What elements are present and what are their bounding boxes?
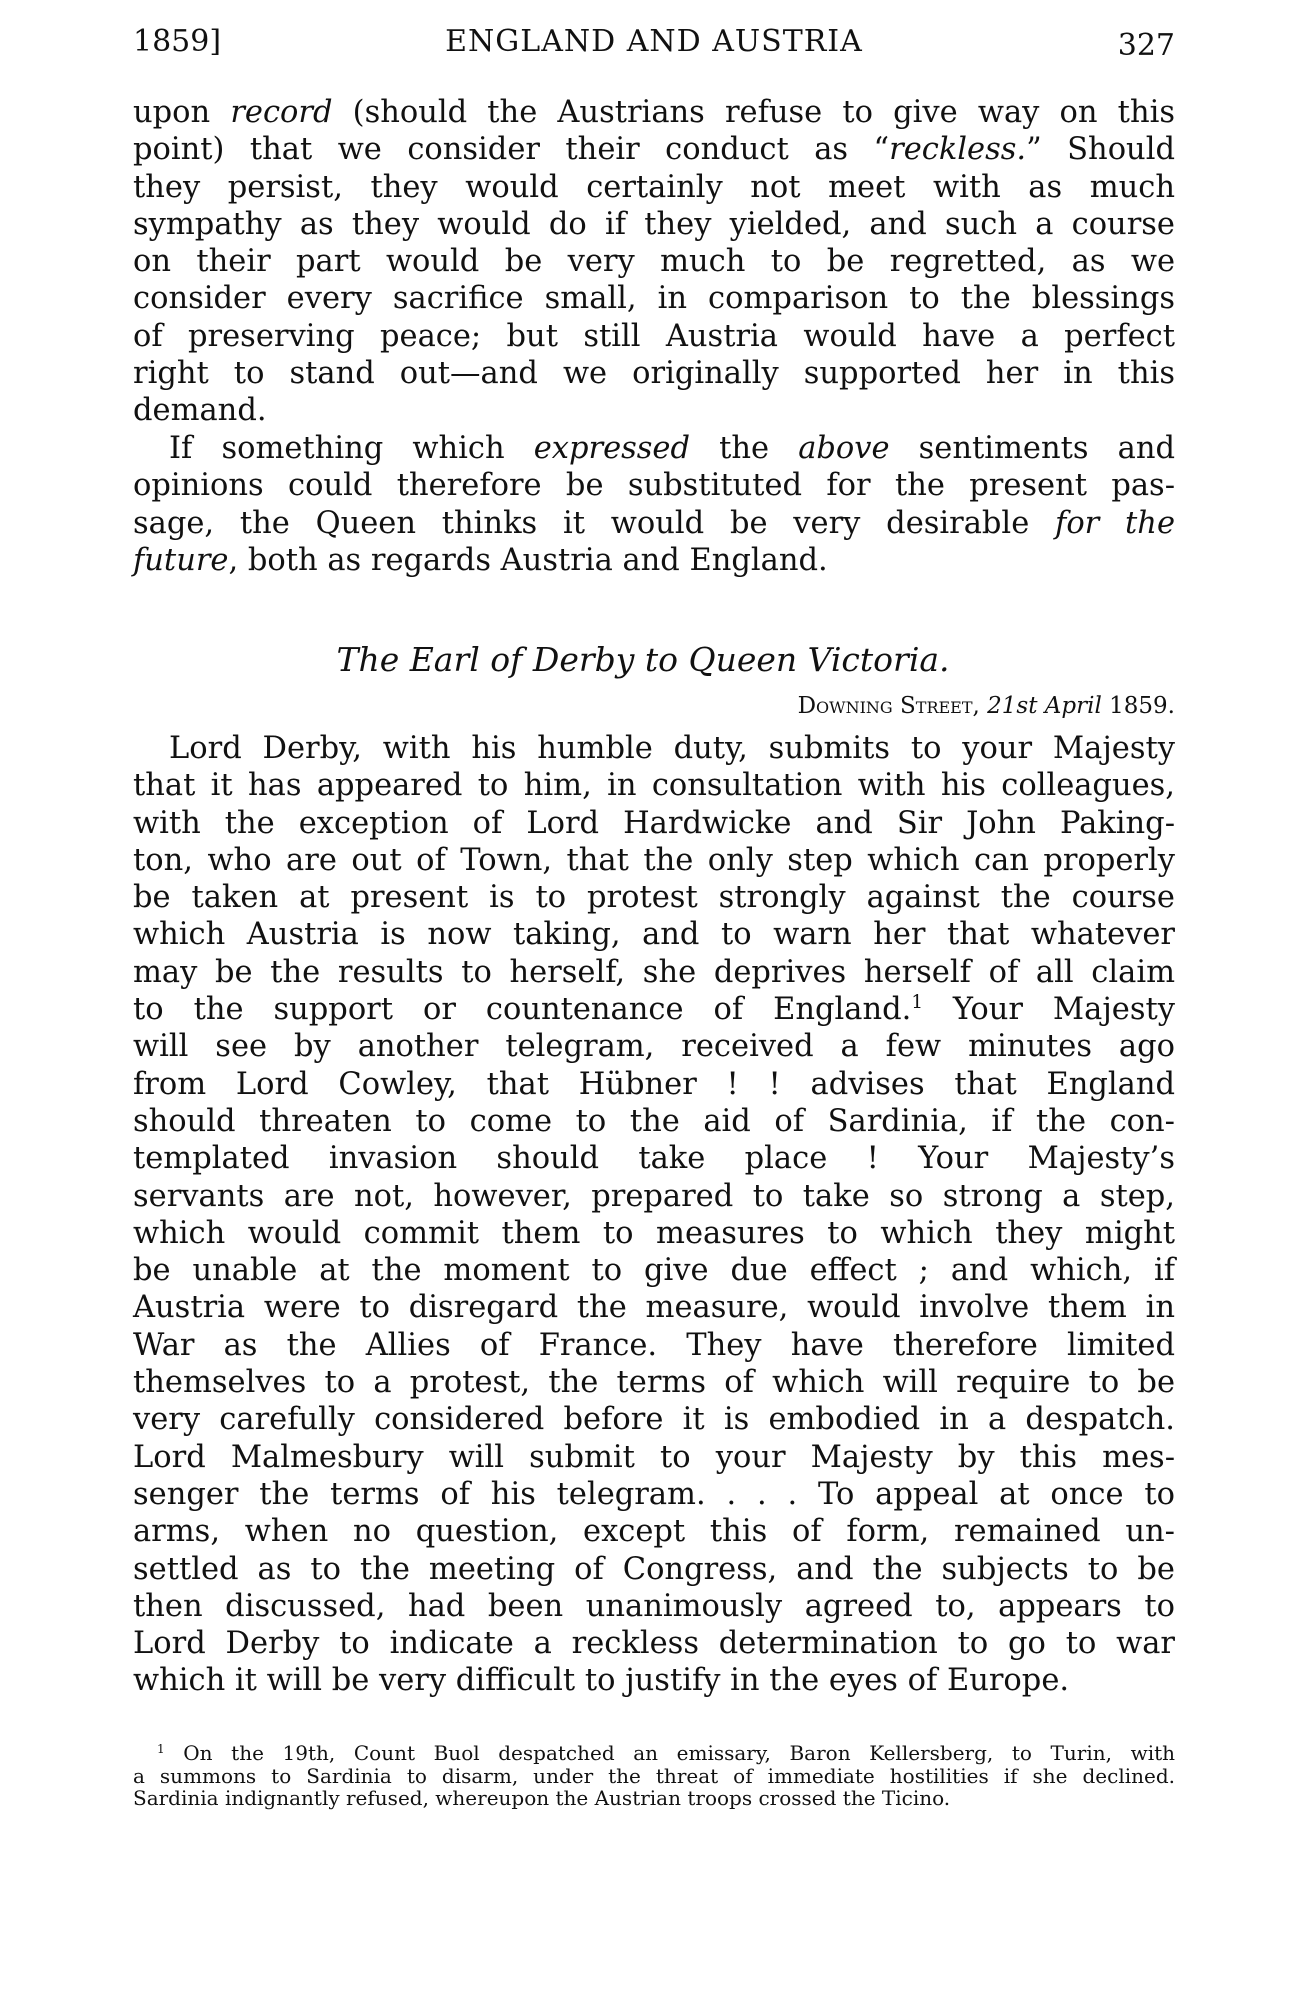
letter-title: The Earl of Derby to Queen Victoria.: [0, 640, 1298, 680]
text-line: should threaten to come to the aid of Sa…: [133, 1103, 1175, 1140]
text-line: of preserving peace; but still Austria w…: [133, 318, 1175, 355]
text-line: senger the terms of his telegram. . . . …: [133, 1476, 1175, 1513]
text-line: settled as to the meeting of Congress, a…: [133, 1551, 1175, 1588]
text-line: templated invasion should take place ! Y…: [133, 1140, 1175, 1177]
text-line: ton, who are out of Town, that the only …: [133, 842, 1175, 879]
book-page: 1859] ENGLAND AND AUSTRIA 327 upon recor…: [0, 0, 1298, 2015]
text-line: which it will be very difficult to justi…: [133, 1662, 1175, 1699]
paragraph-queen-opinion: If something which expressed the above s…: [133, 430, 1175, 579]
italic-text: expressed: [534, 431, 690, 466]
dateline-place: Downing Street,: [798, 693, 980, 719]
italic-text: for the: [1055, 506, 1175, 541]
italic-text: reckless.: [889, 132, 1026, 167]
page-number: 327: [1118, 26, 1175, 66]
text-line: with the exception of Lord Hardwicke and…: [133, 805, 1175, 842]
text-line: be unable at the moment to give due effe…: [133, 1252, 1175, 1289]
text-line: War as the Allies of France. They have t…: [133, 1327, 1175, 1364]
text-line: very carefully considered before it is e…: [133, 1401, 1175, 1438]
text-line: Austria were to disregard the measure, w…: [133, 1289, 1175, 1326]
running-head: 1859] ENGLAND AND AUSTRIA 327: [133, 22, 1175, 62]
running-head-title: ENGLAND AND AUSTRIA: [133, 22, 1175, 62]
text-line: Lord Derby to indicate a reckless determ…: [133, 1625, 1175, 1662]
text-line: to the support or countenance of England…: [133, 991, 1175, 1028]
dateline-day: 21st: [987, 693, 1037, 719]
italic-text: future: [133, 543, 228, 578]
text-line: right to stand out—and we originally sup…: [133, 355, 1175, 392]
text-line: sympathy as they would do if they yielde…: [133, 206, 1175, 243]
text-line: then discussed, had been unanimously agr…: [133, 1588, 1175, 1625]
text-line: which would commit them to measures to w…: [133, 1215, 1175, 1252]
italic-text: record: [230, 95, 332, 130]
text-line: themselves to a protest, the terms of wh…: [133, 1364, 1175, 1401]
text-line: which Austria is now taking, and to warn…: [133, 916, 1175, 953]
footnote: 1 On the 19th, Count Buol despatched an …: [133, 1742, 1175, 1810]
text-line: servants are not, however, prepared to t…: [133, 1178, 1175, 1215]
text-line: arms, when no question, except this of f…: [133, 1513, 1175, 1550]
text-line: future, both as regards Austria and Engl…: [133, 542, 1175, 579]
text-line: they persist, they would certainly not m…: [133, 169, 1175, 206]
text-line: If something which expressed the above s…: [133, 430, 1175, 467]
text-line: point) that we consider their conduct as…: [133, 131, 1175, 168]
text-line: will see by another telegram, received a…: [133, 1028, 1175, 1065]
text-line: be taken at present is to protest strong…: [133, 879, 1175, 916]
text-line: that it has appeared to him, in consulta…: [133, 767, 1175, 804]
text-line: upon record (should the Austrians refuse…: [133, 94, 1175, 131]
italic-text: above: [798, 431, 889, 466]
footnote-marker: 1: [157, 1742, 165, 1756]
paragraph-letter-body: Lord Derby, with his humble duty, submit…: [133, 730, 1175, 1700]
footnote-line: 1 On the 19th, Count Buol despatched an …: [133, 1742, 1175, 1765]
text-line: Lord Derby, with his humble duty, submit…: [133, 730, 1175, 767]
footnote-reference: 1: [911, 992, 923, 1013]
text-line: from Lord Cowley, that Hübner ! ! advise…: [133, 1066, 1175, 1103]
dateline-month: April: [1045, 693, 1102, 719]
paragraph-continued: upon record (should the Austrians refuse…: [133, 94, 1175, 430]
footnote-line: Sardinia indignantly refused, whereupon …: [133, 1787, 1175, 1810]
dateline-year: 1859.: [1109, 693, 1175, 719]
footnote-line: a summons to Sardinia to disarm, under t…: [133, 1765, 1175, 1788]
letter-title-text: The Earl of Derby to Queen Victoria.: [336, 640, 949, 679]
letter-dateline: Downing Street, 21st April 1859.: [798, 692, 1175, 720]
text-line: may be the results to herself, she depri…: [133, 954, 1175, 991]
text-line: on their part would be very much to be r…: [133, 243, 1175, 280]
text-line: consider every sacrifice small, in compa…: [133, 280, 1175, 317]
text-line: sage, the Queen thinks it would be very …: [133, 505, 1175, 542]
text-line: opinions could therefore be substituted …: [133, 467, 1175, 504]
text-line: demand.: [133, 392, 1175, 429]
text-line: Lord Malmesbury will submit to your Maje…: [133, 1439, 1175, 1476]
